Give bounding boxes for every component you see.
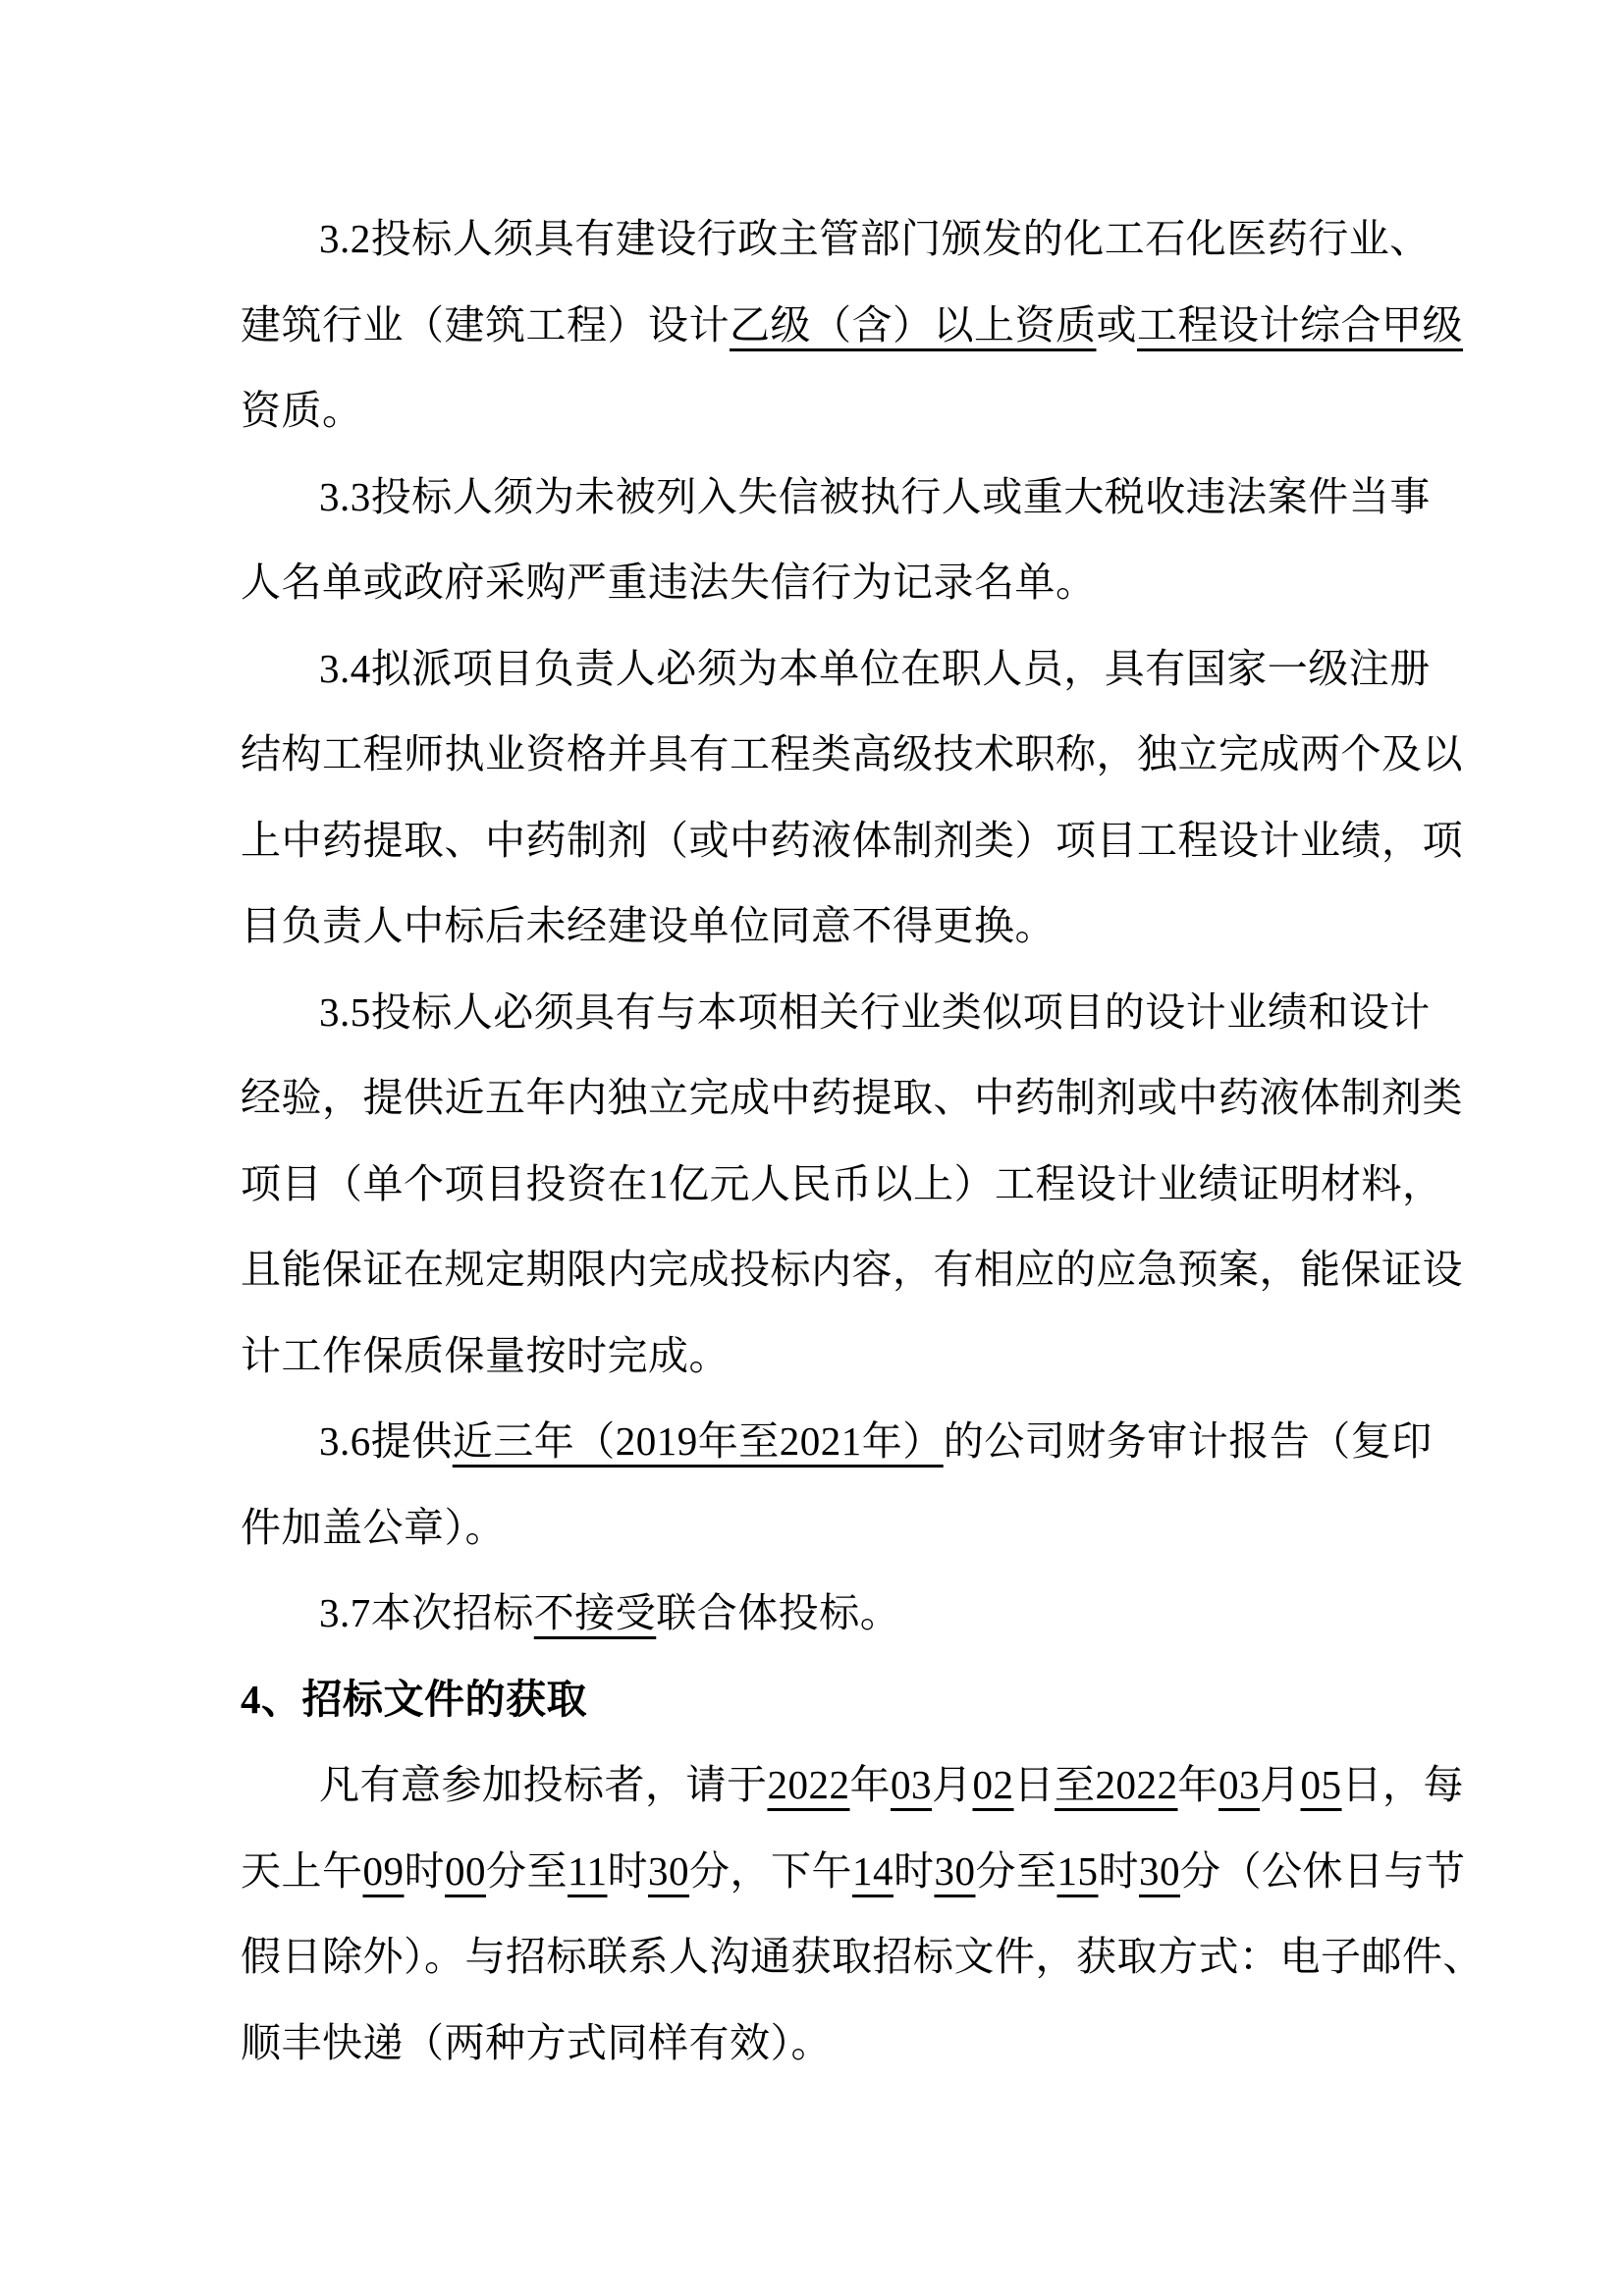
text-segment: 3.2投标人须具有建设行政主管部门颁发的化工石化医药行业、 — [319, 216, 1431, 261]
clause-3-4-line-2: 结构工程师执业资格并具有工程类高级技术职称，独立完成两个及以 — [241, 712, 1399, 798]
underlined-text-segment: 2022 — [768, 1762, 850, 1807]
text-segment: 件加盖公章）。 — [241, 1505, 506, 1550]
underlined-text-segment: 至2022 — [1055, 1762, 1178, 1807]
clause-3-5-line-3: 项目（单个项目投资在1亿元人民币以上）工程设计业绩证明材料， — [241, 1142, 1399, 1228]
text-segment: 目负责人中标后未经建设单位同意不得更换。 — [241, 903, 1056, 948]
text-segment: 分（公休日与节 — [1180, 1848, 1466, 1894]
clause-3-4-line-4: 目负责人中标后未经建设单位同意不得更换。 — [241, 883, 1399, 970]
underlined-text-segment: 03 — [891, 1762, 932, 1807]
underlined-text-segment: 30 — [934, 1848, 975, 1894]
text-segment: 经验，提供近五年内独立完成中药提取、中药制剂或中药液体制剂类 — [241, 1075, 1463, 1120]
clause-3-5-line-5: 计工作保质保量按时完成。 — [241, 1313, 1399, 1400]
text-segment: 月 — [1260, 1762, 1301, 1807]
clause-3-2-line-3: 资质。 — [241, 368, 1399, 454]
underlined-text-segment: 30 — [1139, 1848, 1180, 1894]
text-segment: 3.6提供 — [319, 1418, 453, 1464]
section-4-para-line-1: 凡有意参加投标者，请于2022年03月02日至2022年03月05日，每 — [241, 1742, 1399, 1829]
text-segment: 资质。 — [241, 388, 363, 433]
text-segment: 凡有意参加投标者，请于 — [319, 1762, 768, 1807]
document-content: 3.2投标人须具有建设行政主管部门颁发的化工石化医药行业、建筑行业（建筑工程）设… — [241, 196, 1399, 2086]
section-4-para-line-4: 顺丰快递（两种方式同样有效）。 — [241, 2001, 1399, 2087]
text-segment: 且能保证在规定期限内完成投标内容，有相应的应急预案，能保证设 — [241, 1247, 1463, 1292]
underlined-text-segment: 00 — [445, 1848, 486, 1894]
text-segment: 结构工程师执业资格并具有工程类高级技术职称，独立完成两个及以 — [241, 731, 1463, 776]
clause-3-3-line-1: 3.3投标人须为未被列入失信被执行人或重大税收违法案件当事 — [241, 454, 1399, 541]
clause-3-5-line-1: 3.5投标人必须具有与本项相关行业类似项目的设计业绩和设计 — [241, 970, 1399, 1056]
underlined-text-segment: 09 — [363, 1848, 405, 1894]
underlined-text-segment: 30 — [648, 1848, 689, 1894]
text-segment: 3.4拟派项目负责人必须为本单位在职人员，具有国家一级注册 — [319, 646, 1431, 691]
clause-3-3-line-2: 人名单或政府采购严重违法失信行为记录名单。 — [241, 540, 1399, 626]
text-segment: 时 — [405, 1848, 446, 1894]
clause-3-6-line-1: 3.6提供近三年（2019年至2021年）的公司财务审计报告（复印 — [241, 1399, 1399, 1485]
text-segment: 假日除外）。与招标联系人沟通获取招标文件，获取方式：电子邮件、 — [241, 1934, 1484, 1979]
underlined-text-segment: 不接受 — [534, 1590, 657, 1635]
clause-3-5-line-2: 经验，提供近五年内独立完成中药提取、中药制剂或中药液体制剂类 — [241, 1055, 1399, 1142]
text-segment: 月 — [932, 1762, 973, 1807]
text-segment: 4、招标文件的获取 — [241, 1677, 587, 1722]
text-segment: 日 — [1014, 1762, 1056, 1807]
document-page: 3.2投标人须具有建设行政主管部门颁发的化工石化医药行业、建筑行业（建筑工程）设… — [0, 0, 1624, 2296]
underlined-text-segment: 11 — [568, 1848, 607, 1894]
text-segment: 时 — [607, 1848, 648, 1894]
clause-3-7-line-1: 3.7本次招标不接受联合体投标。 — [241, 1571, 1399, 1657]
section-4-heading: 4、招标文件的获取 — [241, 1657, 1399, 1743]
underlined-text-segment: 工程设计综合甲级 — [1137, 302, 1463, 347]
text-segment: 3.7本次招标 — [319, 1590, 534, 1635]
text-segment: 3.5投标人必须具有与本项相关行业类似项目的设计业绩和设计 — [319, 989, 1431, 1035]
text-segment: 人名单或政府采购严重违法失信行为记录名单。 — [241, 560, 1097, 605]
text-segment: 时 — [893, 1848, 935, 1894]
underlined-text-segment: 近三年（2019年至2021年） — [453, 1418, 944, 1464]
text-segment: 项目（单个项目投资在1亿元人民币以上）工程设计业绩证明材料， — [241, 1161, 1443, 1206]
text-segment: 年 — [1178, 1762, 1219, 1807]
text-segment: 天上午 — [241, 1848, 363, 1894]
underlined-text-segment: 02 — [973, 1762, 1014, 1807]
text-segment: 分，下午 — [689, 1848, 852, 1894]
clause-3-2-line-2: 建筑行业（建筑工程）设计乙级（含）以上资质或工程设计综合甲级 — [241, 283, 1399, 369]
text-segment: 的公司财务审计报告（复印 — [944, 1418, 1433, 1464]
section-4-para-line-3: 假日除外）。与招标联系人沟通获取招标文件，获取方式：电子邮件、 — [241, 1914, 1399, 2001]
text-segment: 年 — [850, 1762, 892, 1807]
text-segment: 顺丰快递（两种方式同样有效）。 — [241, 2020, 832, 2065]
clause-3-2-line-1: 3.2投标人须具有建设行政主管部门颁发的化工石化医药行业、 — [241, 196, 1399, 283]
underlined-text-segment: 15 — [1056, 1848, 1098, 1894]
text-segment: 计工作保质保量按时完成。 — [241, 1333, 730, 1378]
underlined-text-segment: 05 — [1301, 1762, 1342, 1807]
text-segment: 日，每 — [1342, 1762, 1465, 1807]
text-segment: 或 — [1097, 302, 1138, 347]
text-segment: 建筑行业（建筑工程）设计 — [241, 302, 730, 347]
text-segment: 分至 — [975, 1848, 1056, 1894]
section-4-para-line-2: 天上午09时00分至11时30分，下午14时30分至15时30分（公休日与节 — [241, 1829, 1399, 1915]
text-segment: 时 — [1098, 1848, 1139, 1894]
text-segment: 上中药提取、中药制剂（或中药液体制剂类）项目工程设计业绩，项 — [241, 818, 1463, 863]
text-segment: 联合体投标。 — [656, 1590, 900, 1635]
clause-3-4-line-3: 上中药提取、中药制剂（或中药液体制剂类）项目工程设计业绩，项 — [241, 798, 1399, 884]
underlined-text-segment: 14 — [852, 1848, 893, 1894]
underlined-text-segment: 03 — [1218, 1762, 1260, 1807]
clause-3-6-line-2: 件加盖公章）。 — [241, 1485, 1399, 1572]
clause-3-5-line-4: 且能保证在规定期限内完成投标内容，有相应的应急预案，能保证设 — [241, 1227, 1399, 1313]
text-segment: 分至 — [486, 1848, 568, 1894]
text-segment: 3.3投标人须为未被列入失信被执行人或重大税收违法案件当事 — [319, 474, 1431, 519]
underlined-text-segment: 乙级（含）以上资质 — [730, 302, 1097, 347]
clause-3-4-line-1: 3.4拟派项目负责人必须为本单位在职人员，具有国家一级注册 — [241, 626, 1399, 713]
